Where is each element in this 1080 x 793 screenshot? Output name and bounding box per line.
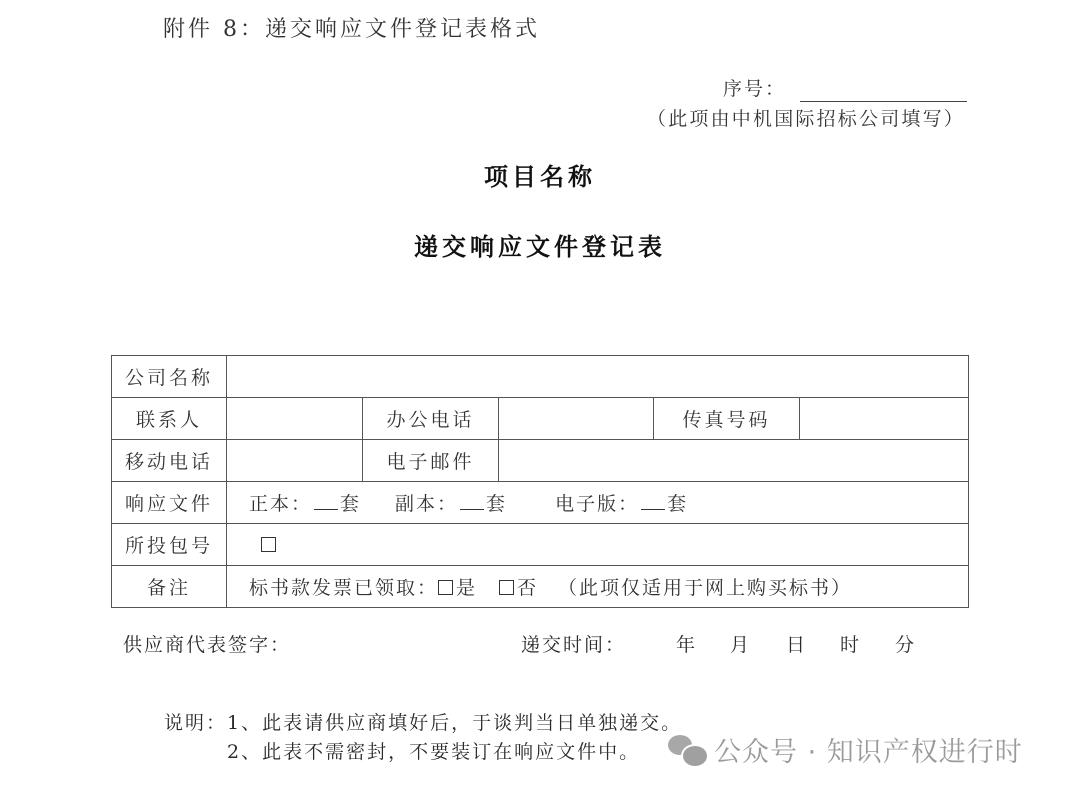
table-row-package: 所投包号 [112, 524, 969, 566]
electronic-label: 电子版： [555, 493, 639, 515]
year-unit: 年 [676, 630, 695, 657]
package-checkbox[interactable] [261, 537, 276, 552]
company-name-field[interactable] [227, 356, 969, 398]
invoice-yes-label: 是 [456, 577, 477, 599]
original-count-field[interactable] [314, 493, 338, 510]
table-row-mobile: 移动电话 电子邮件 [112, 440, 969, 482]
invoice-no-checkbox[interactable] [499, 580, 514, 595]
original-label: 正本： [249, 493, 312, 515]
office-phone-field[interactable] [499, 398, 654, 440]
hour-unit: 时 [840, 630, 859, 657]
serial-number-note: （此项由中机国际招标公司填写） [647, 104, 965, 131]
invoice-note: （此项仅适用于网上购买标书） [558, 577, 852, 599]
company-name-label: 公司名称 [112, 356, 227, 398]
serial-number-label: 序号： [723, 74, 786, 101]
table-row-contact: 联系人 办公电话 传真号码 [112, 398, 969, 440]
response-docs-field: 正本：套副本：套电子版：套 [227, 482, 969, 524]
package-label: 所投包号 [112, 524, 227, 566]
attachment-title: 附件 8：递交响应文件登记表格式 [163, 12, 540, 43]
email-label: 电子邮件 [363, 440, 499, 482]
fax-field[interactable] [800, 398, 969, 440]
watermark: 公众号 · 知识产权进行时 [668, 730, 1023, 769]
form-title: 递交响应文件登记表 [0, 227, 1080, 262]
registration-table: 公司名称 联系人 办公电话 传真号码 移动电话 电子邮件 响应文件 正本：套副本… [111, 355, 969, 608]
minute-unit: 分 [895, 630, 914, 657]
day-unit: 日 [786, 630, 805, 657]
remarks-label: 备注 [112, 566, 227, 608]
remarks-field: 标书款发票已领取：是否（此项仅适用于网上购买标书） [227, 566, 969, 608]
electronic-count-field[interactable] [641, 493, 665, 510]
invoice-no-label: 否 [517, 577, 538, 599]
signature-label: 供应商代表签字： [123, 630, 291, 657]
mobile-label: 移动电话 [112, 440, 227, 482]
submit-time-label: 递交时间： [521, 630, 626, 657]
wechat-icon [668, 733, 708, 767]
note-line-1: 说明：1、此表请供应商填好后，于谈判当日单独递交。 [164, 708, 682, 735]
set-unit: 套 [667, 493, 688, 515]
set-unit: 套 [340, 493, 361, 515]
copy-count-field[interactable] [460, 493, 484, 510]
table-row-company: 公司名称 [112, 356, 969, 398]
table-row-remarks: 备注 标书款发票已领取：是否（此项仅适用于网上购买标书） [112, 566, 969, 608]
fax-label: 传真号码 [654, 398, 800, 440]
mobile-field[interactable] [227, 440, 363, 482]
table-row-response-docs: 响应文件 正本：套副本：套电子版：套 [112, 482, 969, 524]
month-unit: 月 [730, 630, 749, 657]
copy-label: 副本： [395, 493, 458, 515]
set-unit: 套 [486, 493, 507, 515]
note-line-2: 2、此表不需密封，不要装订在响应文件中。 [227, 737, 640, 764]
invoice-text: 标书款发票已领取： [249, 577, 438, 599]
response-docs-label: 响应文件 [112, 482, 227, 524]
contact-field[interactable] [227, 398, 363, 440]
invoice-yes-checkbox[interactable] [438, 580, 453, 595]
watermark-text: 公众号 · 知识产权进行时 [714, 730, 1023, 769]
project-name-heading: 项目名称 [0, 157, 1080, 192]
contact-label: 联系人 [112, 398, 227, 440]
office-phone-label: 办公电话 [363, 398, 499, 440]
serial-number-field[interactable] [800, 101, 967, 102]
email-field[interactable] [499, 440, 969, 482]
package-field [227, 524, 969, 566]
